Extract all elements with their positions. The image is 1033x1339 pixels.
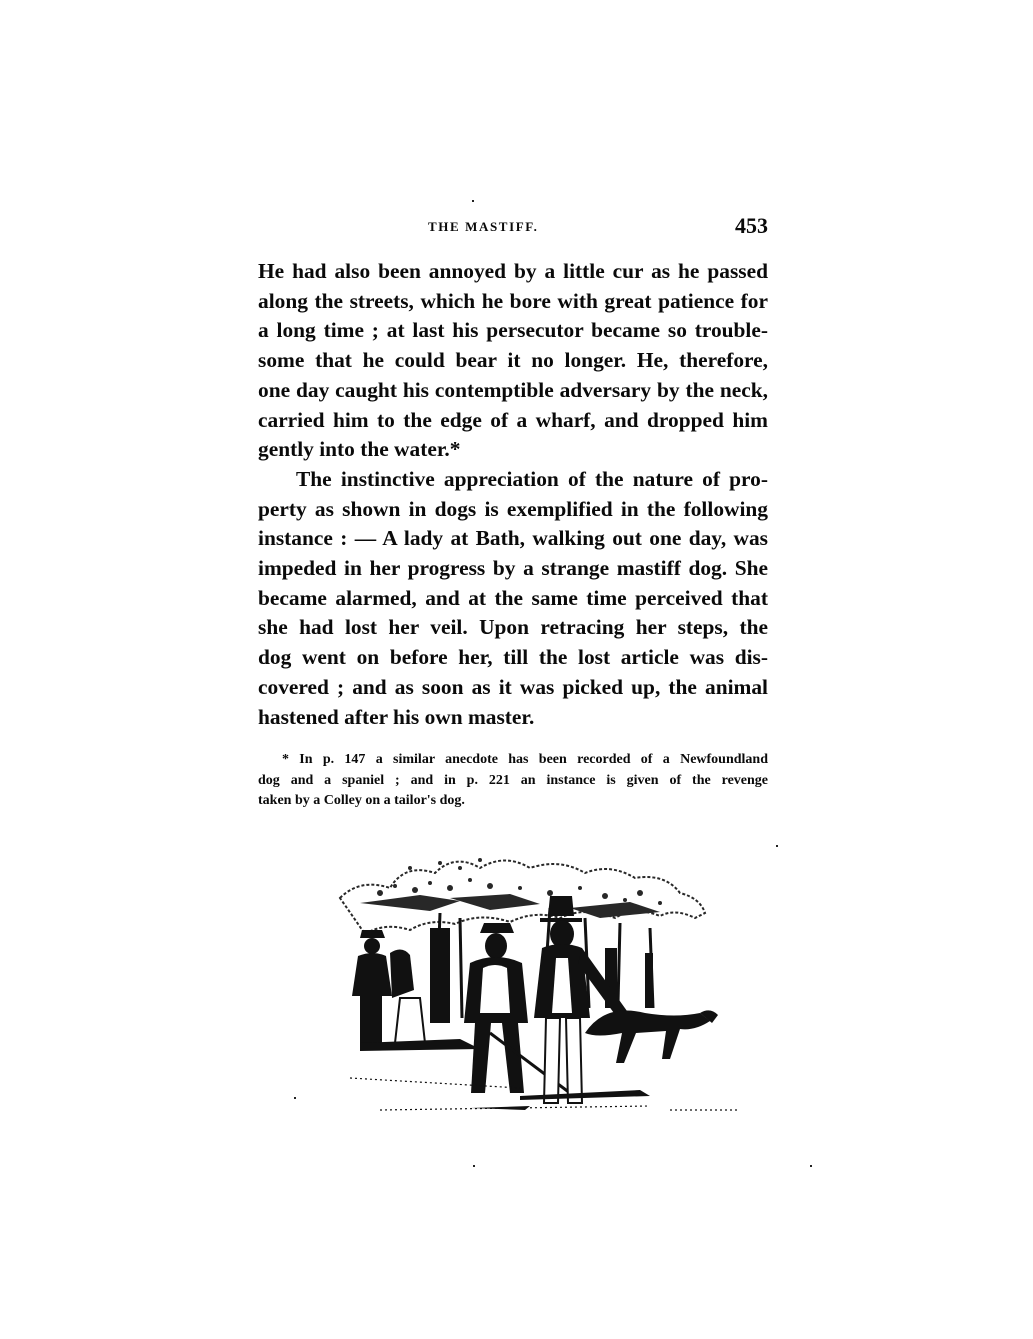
text-line: hastened after his own master. — [258, 703, 768, 733]
text-line: gently into the water.* — [258, 435, 768, 465]
mastiff-scene-icon — [320, 838, 760, 1118]
text-line: perty as shown in dogs is exemplified in… — [258, 495, 768, 525]
footnote: * In p. 147 a similar anecdote has been … — [258, 750, 768, 812]
running-head: THE MASTIFF. 453 — [258, 213, 768, 241]
text-line: some that he could bear it no longer. He… — [258, 346, 768, 376]
text-line: dog went on before her, till the lost ar… — [258, 643, 768, 673]
page-number: 453 — [735, 213, 768, 239]
print-speck — [472, 200, 474, 202]
print-speck — [294, 1097, 296, 1099]
text-line: He had also been annoyed by a little cur… — [258, 257, 768, 287]
body-text: He had also been annoyed by a little cur… — [258, 257, 768, 732]
text-line: she had lost her veil. Upon retracing he… — [258, 613, 768, 643]
text-line: along the streets, which he bore with gr… — [258, 287, 768, 317]
book-page: THE MASTIFF. 453 He had also been annoye… — [0, 0, 1033, 1339]
print-speck — [473, 1165, 475, 1167]
paragraph-2: The instinctive appreciation of the natu… — [258, 465, 768, 732]
running-title: THE MASTIFF. — [428, 219, 538, 235]
text-line: carried him to the edge of a wharf, and … — [258, 406, 768, 436]
text-line: impeded in her progress by a strange mas… — [258, 554, 768, 584]
engraving-illustration — [320, 838, 760, 1118]
footnote-line: * In p. 147 a similar anecdote has been … — [258, 750, 768, 771]
text-line: became alarmed, and at the same time per… — [258, 584, 768, 614]
footnote-line: taken by a Colley on a tailor's dog. — [258, 791, 768, 812]
print-speck — [776, 845, 778, 847]
text-line: instance : — A lady at Bath, walking out… — [258, 524, 768, 554]
text-line: covered ; and as soon as it was picked u… — [258, 673, 768, 703]
text-line: one day caught his contemptible adversar… — [258, 376, 768, 406]
paragraph-1: He had also been annoyed by a little cur… — [258, 257, 768, 465]
footnote-line: dog and a spaniel ; and in p. 221 an ins… — [258, 771, 768, 792]
text-line: a long time ; at last his persecutor bec… — [258, 316, 768, 346]
text-line: The instinctive appreciation of the natu… — [258, 465, 768, 495]
print-speck — [810, 1165, 812, 1167]
